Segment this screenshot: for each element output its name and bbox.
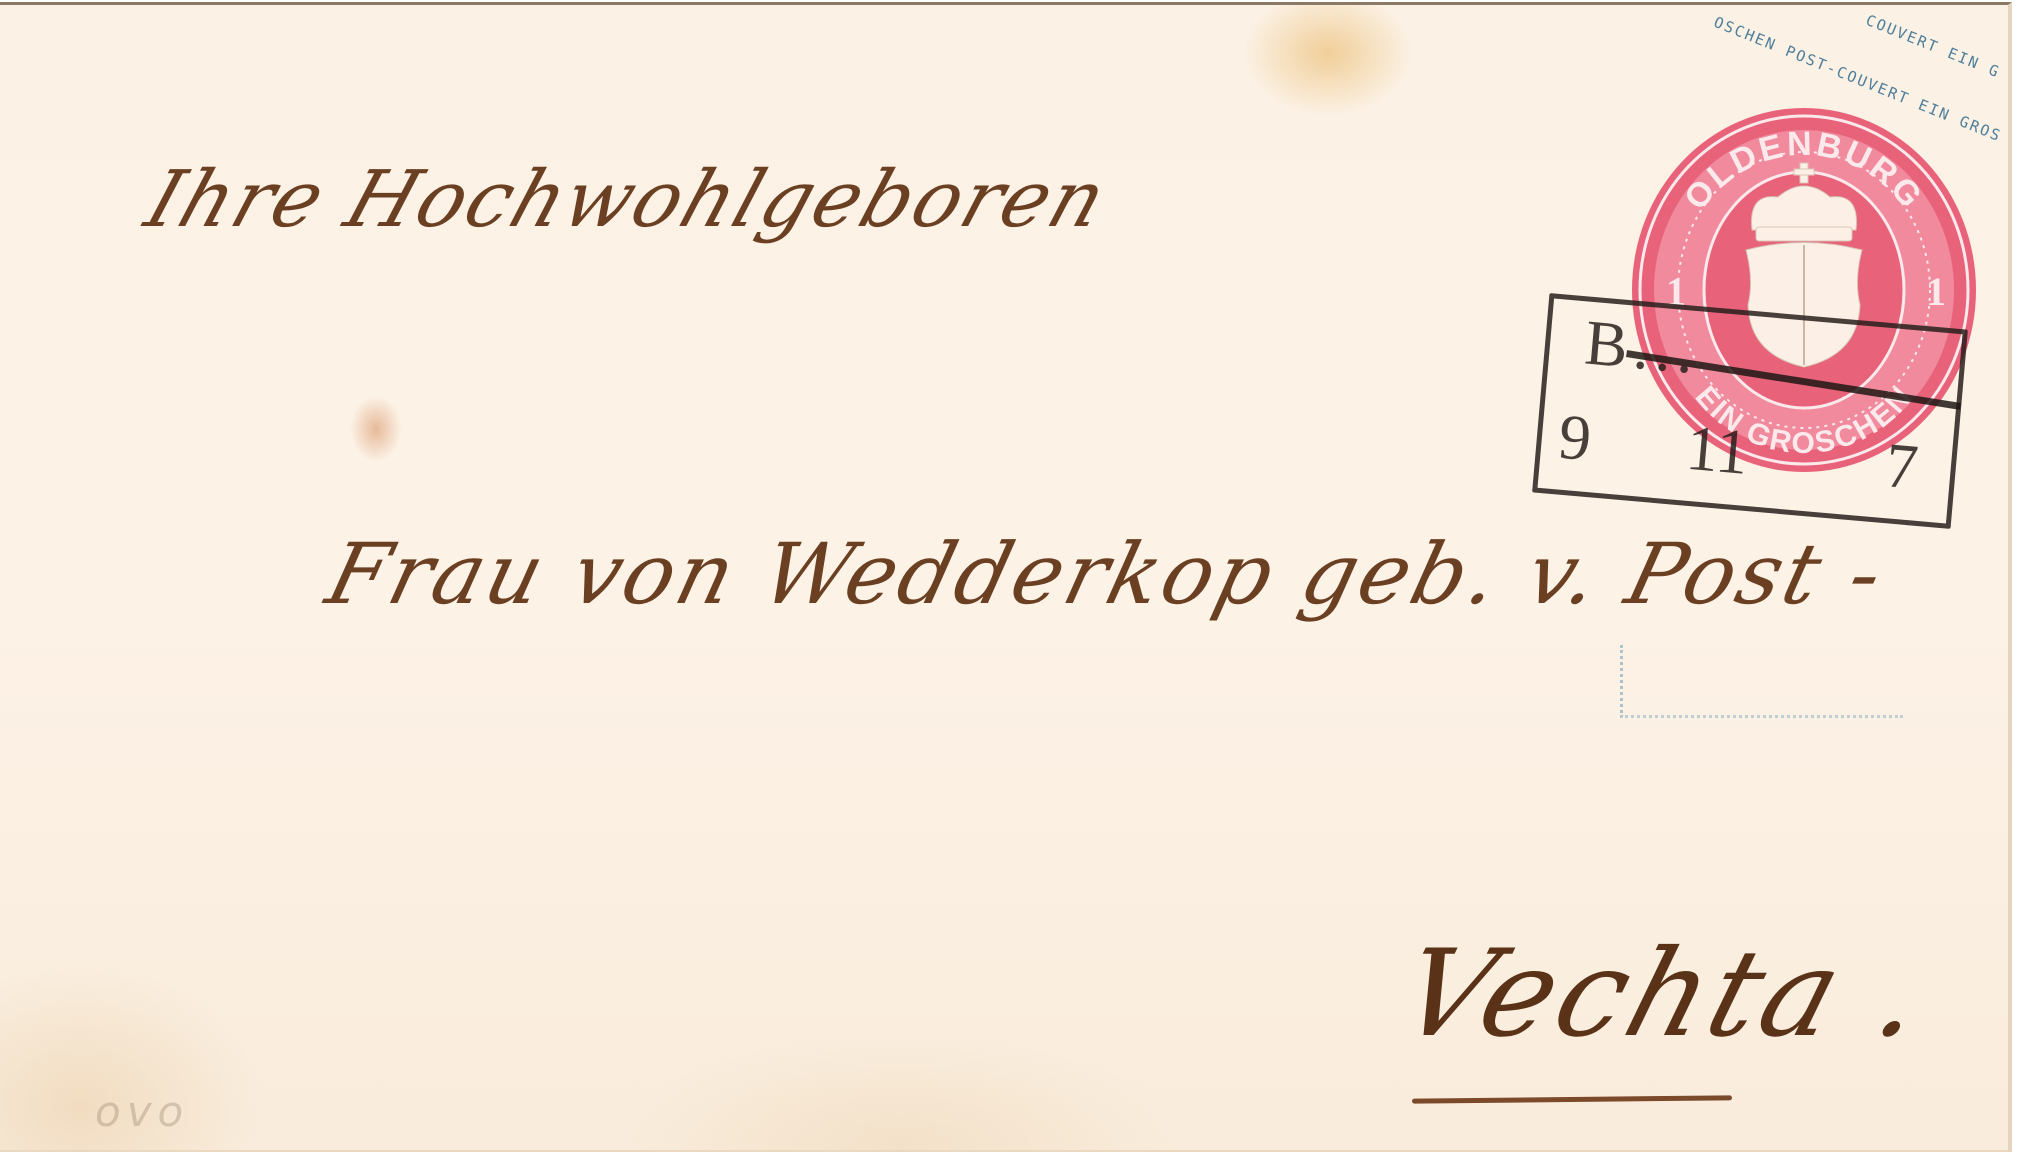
addressee-line: Frau von Wedderkop geb. v. Post - — [318, 525, 1895, 623]
postmark-box-cancel: B... 9 11 7 — [1532, 293, 1968, 529]
postmark-day: 9 — [1556, 405, 1593, 472]
stamp-value-right: 1 — [1926, 269, 1946, 314]
postmark-year: 7 — [1883, 433, 1920, 500]
faint-blue-marking — [1620, 645, 1903, 718]
city-underline — [1412, 1095, 1732, 1103]
postmark-town: B... — [1583, 311, 1703, 385]
pencil-note: ovo — [95, 1087, 189, 1136]
destination-city: Vechta . — [1385, 925, 1944, 1064]
envelope: OSCHEN POST-COUVERT EIN GROS COUVERT EIN… — [0, 2, 2012, 1152]
imprint-text-line-2: COUVERT EIN G — [1863, 11, 2003, 81]
salutation-line: Ihre Hochwohlgeboren — [135, 155, 1118, 245]
postmark-month: 11 — [1684, 416, 1751, 485]
